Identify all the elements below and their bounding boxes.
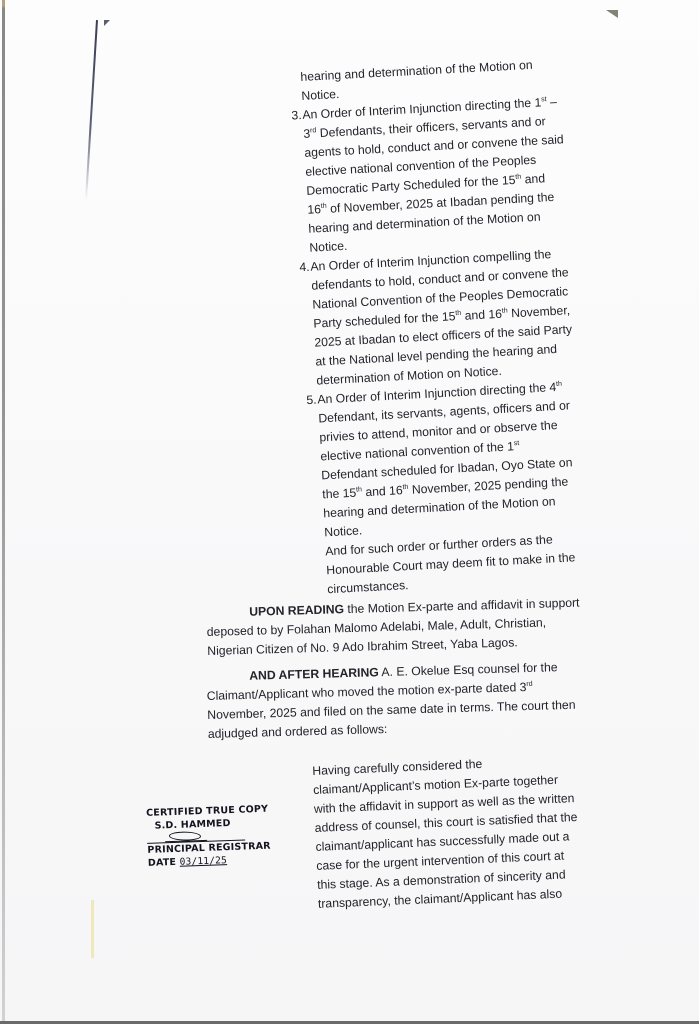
order-number: 4. <box>299 258 310 278</box>
scanned-document-page: hearing and determination of the Motion … <box>0 0 699 1024</box>
after-hearing-paragraph: AND AFTER HEARING A. E. Okelue Esq couns… <box>206 657 588 744</box>
ruling-paragraph: Having carefully considered the claimant… <box>312 750 598 914</box>
upon-reading-paragraph: UPON READING the Motion Ex-parte and aff… <box>206 593 587 661</box>
order-number: 5. <box>306 391 317 411</box>
order-item-3: 3. An Order of Interim Injunction direct… <box>302 92 578 258</box>
corner-fold-left <box>104 20 110 26</box>
stamp-date-row: DATE 03/11/25 <box>148 853 258 870</box>
upon-reading-lead: UPON READING <box>249 602 344 619</box>
after-hearing-lead: AND AFTER HEARING <box>249 665 379 683</box>
corner-fold-right <box>606 10 618 18</box>
certified-true-copy-stamp: CERTIFIED TRUE COPY S.D. HAMMED PRINCIPA… <box>146 803 258 870</box>
stamp-date-value: 03/11/25 <box>179 855 227 868</box>
order-item-5: 5. An Order of Interim Injunction direct… <box>317 377 593 543</box>
order-item-4: 4. An Order of Interim Injunction compel… <box>310 244 585 391</box>
highlight-mark <box>91 900 94 958</box>
paragraph-text: A. E. Okelue Esq counsel for the <box>379 660 558 679</box>
order-number: 3. <box>291 106 302 126</box>
page-fold-shadow <box>85 20 98 200</box>
orders-list: hearing and determination of the Motion … <box>300 54 595 599</box>
signature-mark <box>165 831 207 842</box>
page-edge-strip <box>2 0 5 1024</box>
stamp-date-label: DATE <box>148 857 177 869</box>
